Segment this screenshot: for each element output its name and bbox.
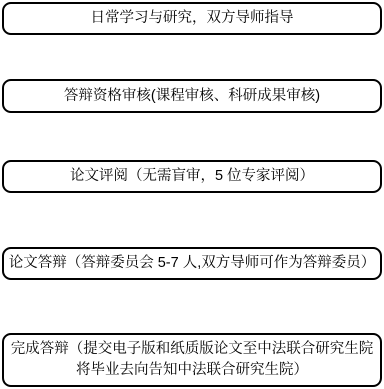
flow-step-label-line2: 将毕业去向告知中法联合研究生院）	[76, 360, 308, 381]
flow-step-label: 论文答辩（答辩委员会 5-7 人,双方导师可作为答辩委员）	[9, 253, 376, 274]
flow-step-daily-study: 日常学习与研究，双方导师指导	[2, 2, 382, 35]
flow-step-qualification-review: 答辩资格审核(课程审核、科研成果审核)	[2, 79, 382, 113]
flow-step-label: 日常学习与研究，双方导师指导	[91, 8, 294, 29]
flow-step-label: 答辩资格审核(课程审核、科研成果审核)	[64, 86, 320, 107]
flow-step-label: 论文评阅（无需盲审，5 位专家评阅）	[70, 166, 314, 187]
flow-step-label-line1: 完成答辩（提交电子版和纸质版论文至中法联合研究生院	[11, 339, 374, 360]
flow-step-thesis-defense: 论文答辩（答辩委员会 5-7 人,双方导师可作为答辩委员）	[2, 247, 382, 280]
flow-step-complete-defense: 完成答辩（提交电子版和纸质版论文至中法联合研究生院 将毕业去向告知中法联合研究生…	[2, 333, 382, 387]
flow-step-thesis-review: 论文评阅（无需盲审，5 位专家评阅）	[2, 160, 382, 193]
flowchart-canvas: 日常学习与研究，双方导师指导 答辩资格审核(课程审核、科研成果审核) 论文评阅（…	[0, 0, 384, 389]
